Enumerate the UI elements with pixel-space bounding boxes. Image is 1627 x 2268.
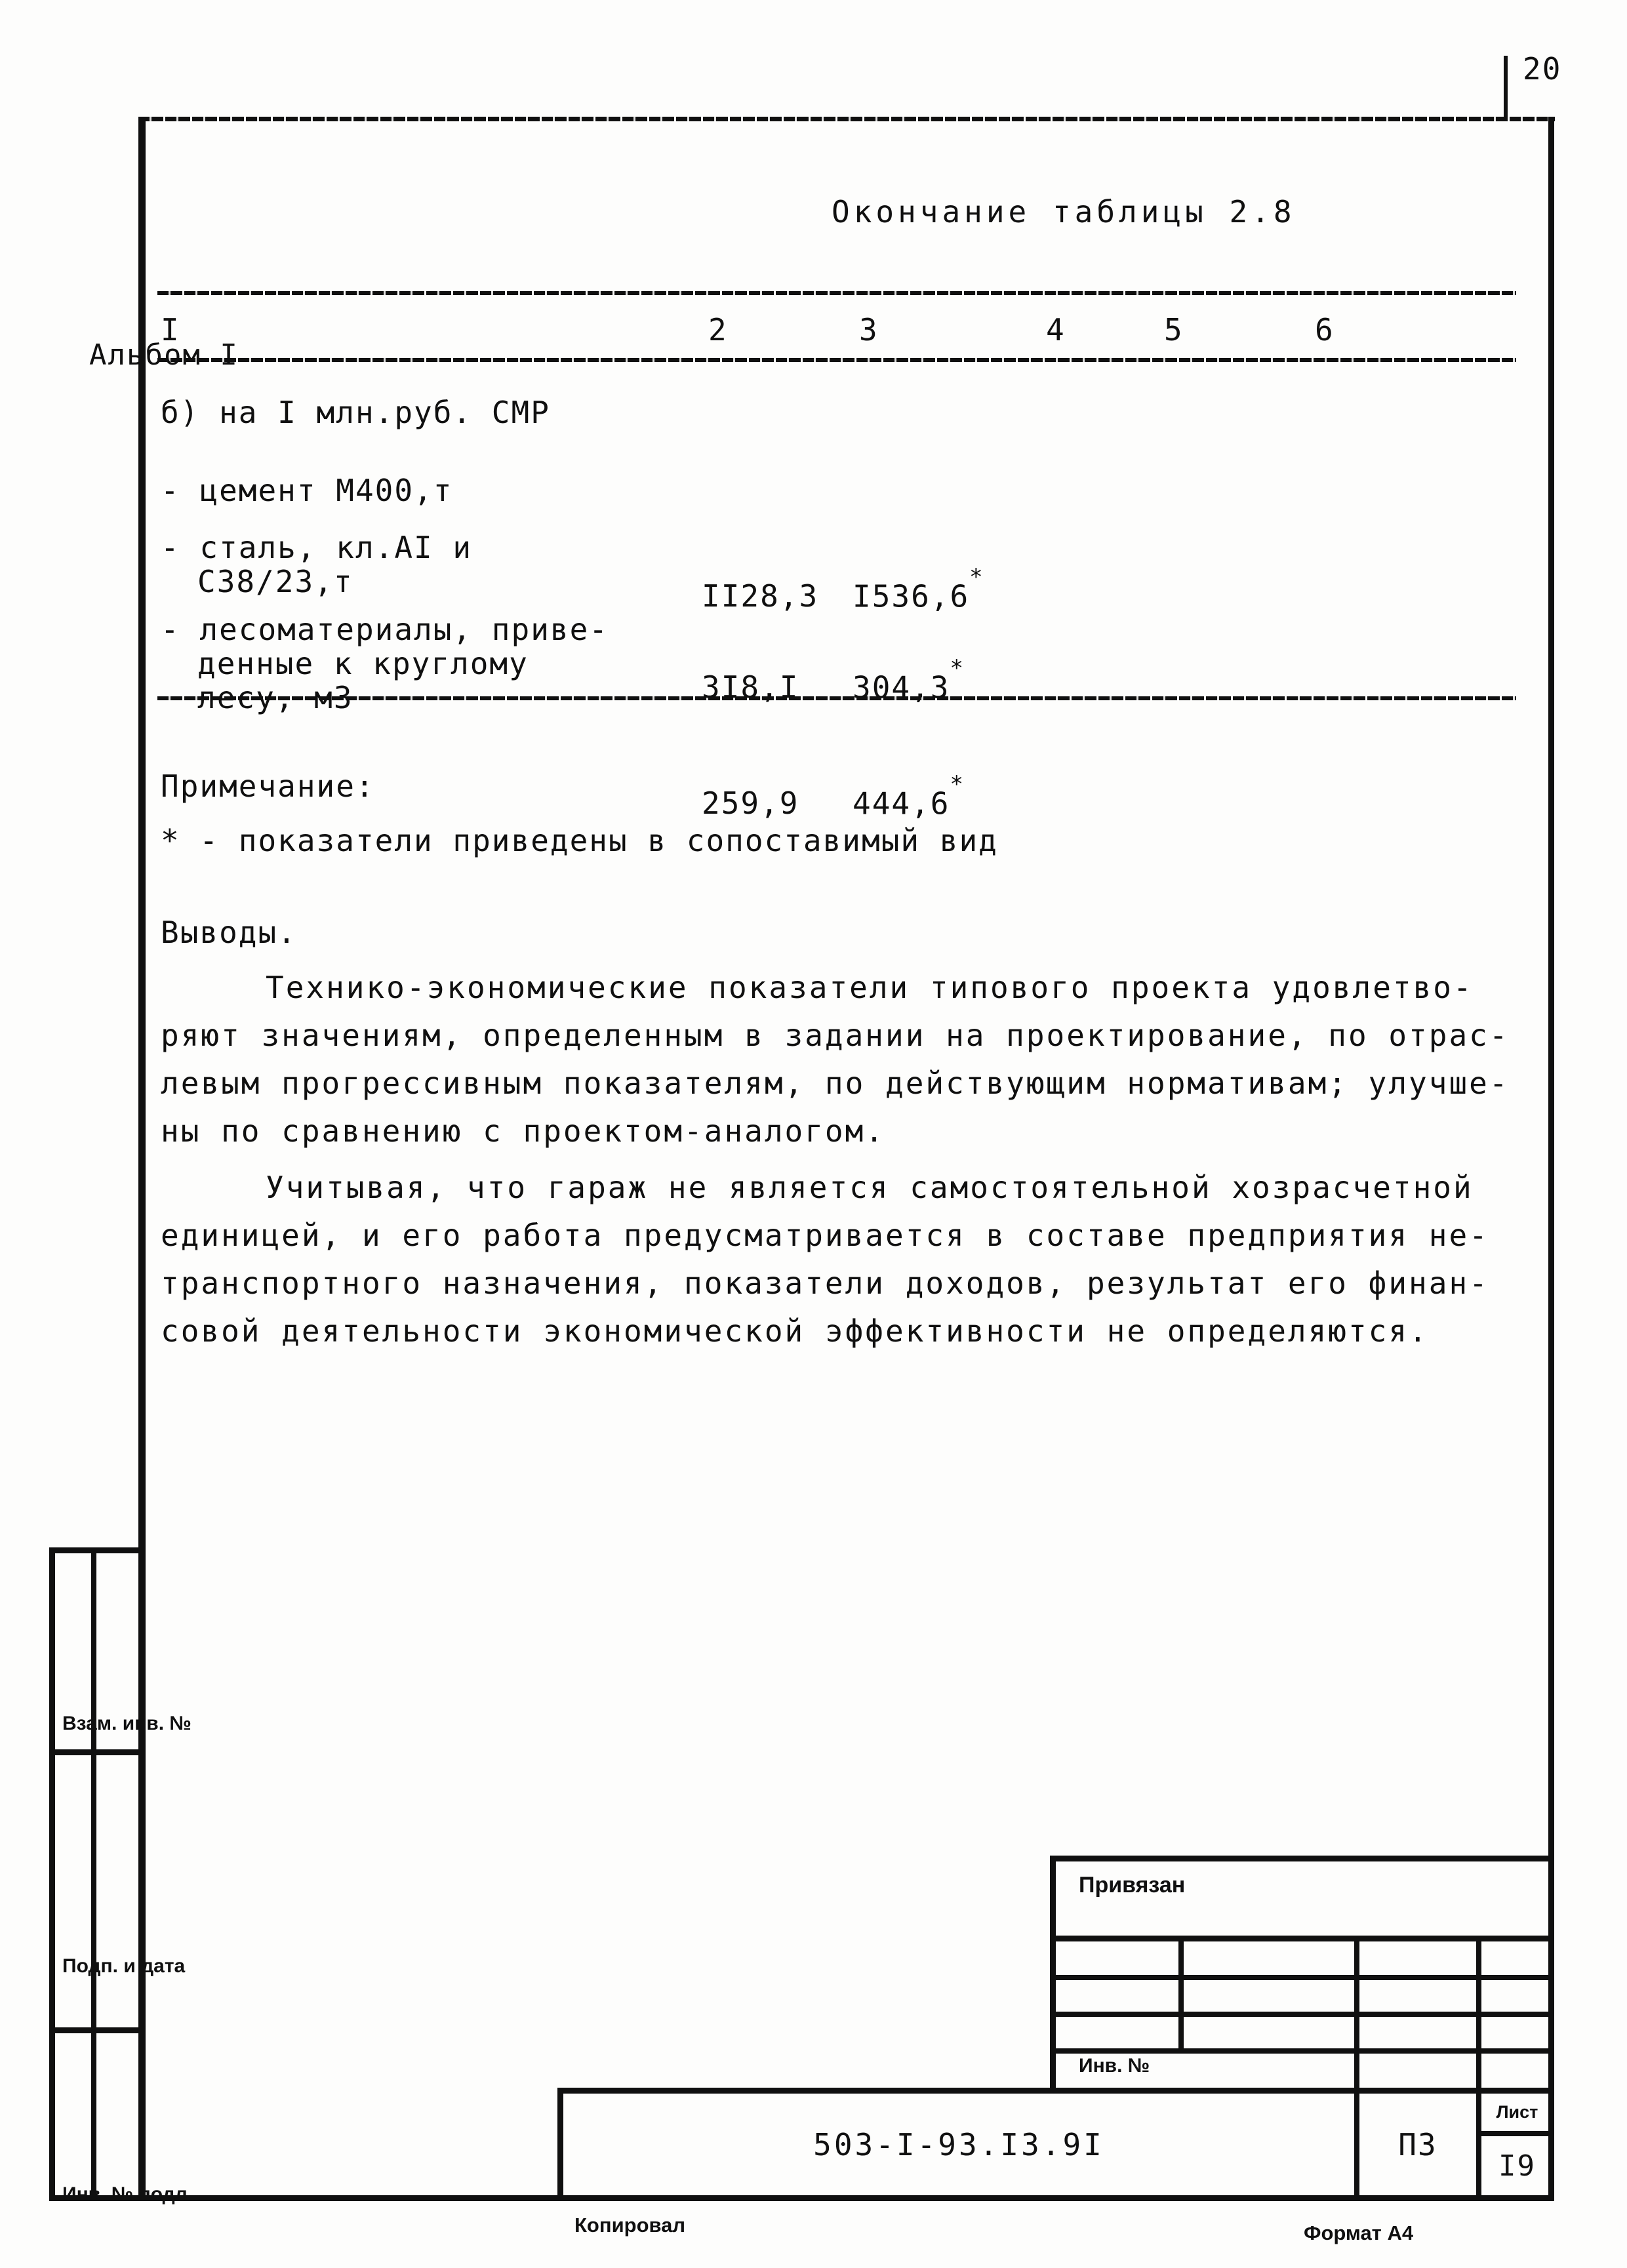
stamp-sheet-number-cell: I9 xyxy=(1481,2136,1553,2195)
stamp-line xyxy=(557,2088,563,2201)
sidebar-line xyxy=(49,2027,145,2033)
format-label: Формат А4 xyxy=(1304,2221,1413,2245)
table-col-1: I xyxy=(161,312,179,348)
stamp-inv-no-label: Инв. № xyxy=(1079,2055,1150,2077)
table-rule-header xyxy=(157,358,1516,362)
sidebar-line xyxy=(49,1547,55,2201)
table-col-6: 6 xyxy=(1315,312,1333,348)
stamp-line xyxy=(1050,1856,1056,2093)
table-rule-top xyxy=(157,291,1516,295)
conclusions-paragraph-2: Учитывая, что гараж не является самостоя… xyxy=(161,1164,1531,1355)
row-value-col2: 259,9 xyxy=(702,786,799,821)
frame-left xyxy=(138,117,146,2201)
stamp-line xyxy=(1476,2131,1553,2136)
stamp-doc-type: ПЗ xyxy=(1398,2127,1437,2162)
stamp-sheet-label: Лист xyxy=(1496,2102,1538,2122)
row-value-col3: 444,6* xyxy=(853,783,963,821)
stamp-line xyxy=(1050,1856,1553,1861)
stamp-line xyxy=(1476,1936,1481,2201)
sidebar-label-podp-data: Подп. и дата xyxy=(62,1955,185,1977)
table-section-row: б) на I млн.руб. СМР xyxy=(161,395,550,430)
scanned-document-page: 20 Альбом I Окончание таблицы 2.8 I 2 3 … xyxy=(0,0,1627,2268)
footnote-star: * xyxy=(950,771,963,797)
stamp-doc-type-cell: ПЗ xyxy=(1359,2094,1476,2195)
sidebar-line xyxy=(49,1749,145,1755)
page-number: 20 xyxy=(1523,51,1561,87)
conclusions-paragraph-1: Технико-экономические показатели типовог… xyxy=(161,964,1531,1155)
table-col-3: 3 xyxy=(859,312,877,348)
table-col-2: 2 xyxy=(708,312,727,348)
stamp-doc-number-cell: 503-I-93.I3.9I xyxy=(563,2094,1354,2195)
copied-label: Копировал xyxy=(574,2214,685,2237)
note-text: * - показатели приведены в сопоставимый … xyxy=(161,823,998,858)
table-rule-bottom xyxy=(157,696,1516,700)
stamp-privyazan-label: Привязан xyxy=(1079,1873,1185,1898)
stamp-line xyxy=(1178,1936,1184,2054)
sidebar-line xyxy=(49,1547,145,1553)
table-col-5: 5 xyxy=(1164,312,1182,348)
stamp-doc-number: 503-I-93.I3.9I xyxy=(813,2127,1104,2162)
sidebar-label-inv-podl: Инв. № подл. xyxy=(62,2183,193,2205)
stamp-line xyxy=(1354,1936,1359,2201)
sidebar-line xyxy=(91,1547,96,2201)
note-heading: Примечание: xyxy=(161,768,375,804)
table-col-4: 4 xyxy=(1046,312,1064,348)
stamp-sheet-label-cell: Лист xyxy=(1481,2094,1553,2131)
frame-top xyxy=(138,117,1555,121)
page-number-tick xyxy=(1504,56,1508,120)
conclusions-heading: Выводы. xyxy=(161,915,297,950)
table-caption: Окончание таблицы 2.8 xyxy=(832,194,1296,229)
frame-right xyxy=(1548,117,1554,2201)
stamp-sheet-number: I9 xyxy=(1498,2149,1536,2183)
sidebar-label-vzam-inv: Взам. инв. № xyxy=(62,1713,191,1734)
frame-bottom xyxy=(49,2195,1554,2201)
